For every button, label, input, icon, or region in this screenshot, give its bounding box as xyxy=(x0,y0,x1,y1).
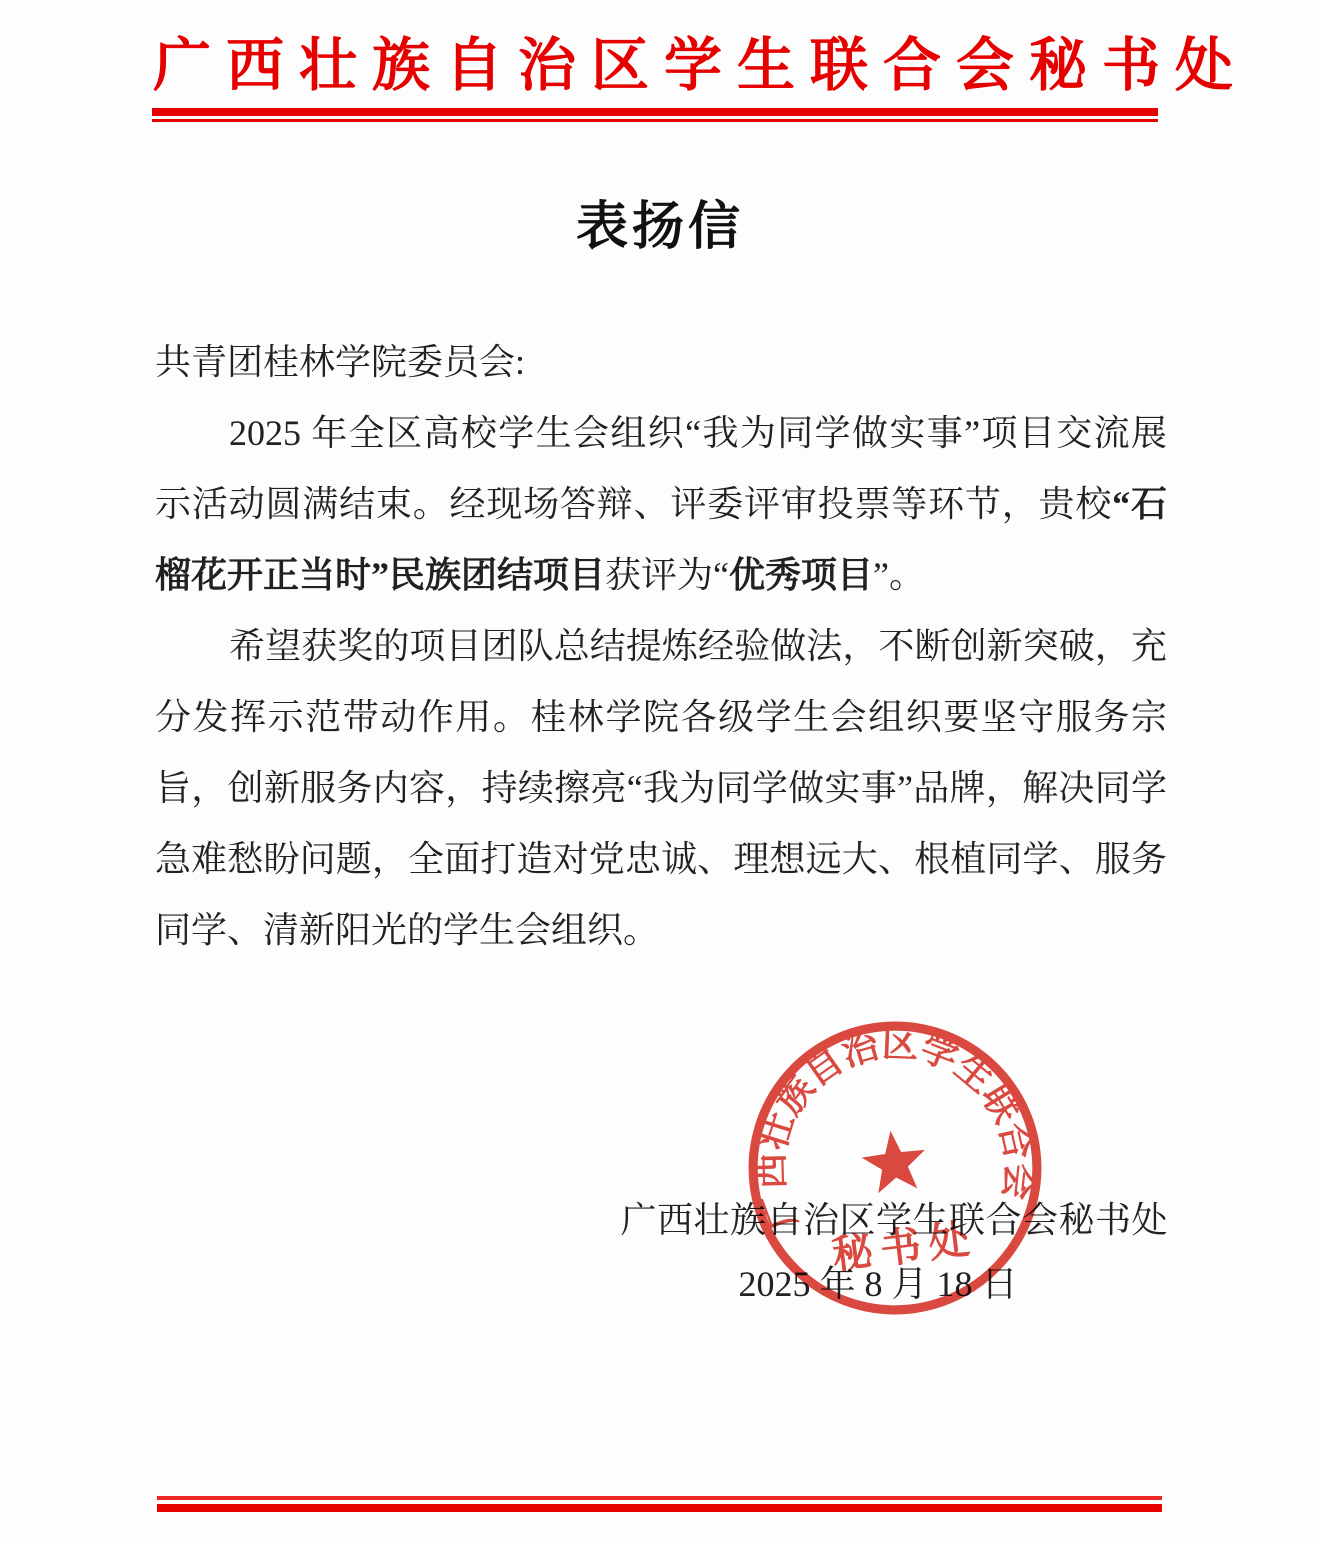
star-icon xyxy=(859,1127,930,1195)
commendation-letter-page: 广西壮族自治区学生联合会秘书处 表扬信 共青团桂林学院委员会:2025 年全区高… xyxy=(0,0,1320,1544)
divider-thick-line xyxy=(152,108,1158,116)
footer-thin-line xyxy=(157,1496,1162,1500)
letter-paragraph: 希望获奖的项目团队总结提炼经验做法，不断创新突破，充分发挥示范带动作用。桂林学院… xyxy=(155,611,1167,966)
paragraph-text: 2025 年全区高校学生会组织“我为同学做实事”项目交流展示活动圆满结束。经现场… xyxy=(155,413,1167,524)
footer-divider xyxy=(157,1496,1162,1512)
paragraph-text: 希望获奖的项目团队总结提炼经验做法，不断创新突破，充分发挥示范带动作用。桂林学院… xyxy=(155,626,1167,950)
letter-body: 共青团桂林学院委员会:2025 年全区高校学生会组织“我为同学做实事”项目交流展… xyxy=(155,327,1167,966)
paragraph-text: 共青团桂林学院委员会: xyxy=(155,342,525,382)
letter-paragraph: 共青团桂林学院委员会: xyxy=(155,327,1167,398)
footer-thick-line xyxy=(157,1504,1162,1512)
emphasis-text: 优秀项目 xyxy=(729,555,873,595)
signature-date: 2025 年 8 月 18 日 xyxy=(736,1256,1020,1307)
signature-org-name: 广西壮族自治区学生联合会秘书处 xyxy=(620,1192,1168,1243)
document-title: 表扬信 xyxy=(0,184,1320,259)
divider-thin-line xyxy=(152,119,1158,122)
letterhead-org-title: 广西壮族自治区学生联合会秘书处 xyxy=(153,34,1213,98)
letter-paragraph: 2025 年全区高校学生会组织“我为同学做实事”项目交流展示活动圆满结束。经现场… xyxy=(155,398,1167,611)
paragraph-text: ”。 xyxy=(873,555,925,595)
letterhead-divider xyxy=(152,108,1158,122)
paragraph-text: 获评为“ xyxy=(605,555,729,595)
